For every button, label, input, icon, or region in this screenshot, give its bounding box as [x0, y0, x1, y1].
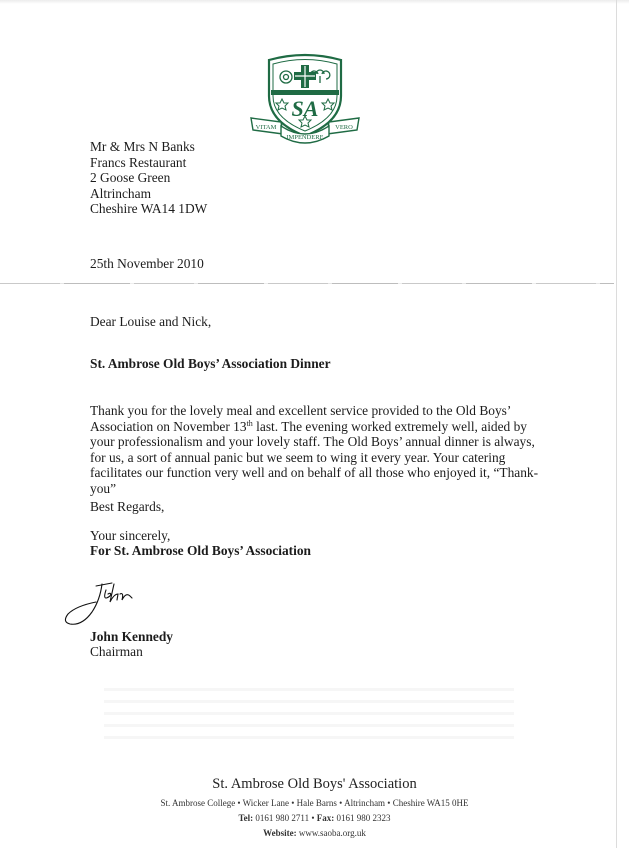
body-line: for us, a sort of annual panic but we se…	[90, 450, 520, 466]
closing-organization: For St. Ambrose Old Boys’ Association	[90, 543, 311, 559]
recipient-line: Francs Restaurant	[90, 155, 207, 171]
fax-number: 0161 980 2323	[337, 813, 391, 823]
scan-top-shadow	[0, 0, 629, 4]
school-crest-icon: SA VITAM VERO IMPENDERE	[249, 52, 361, 146]
body-text: Association on November 13	[90, 419, 247, 434]
show-through-text	[104, 682, 514, 742]
footer-website: Website: www.saoba.org.uk	[0, 828, 629, 838]
recipient-line: Mr & Mrs N Banks	[90, 139, 207, 155]
fax-label: Fax:	[317, 813, 335, 823]
letter-date: 25th November 2010	[90, 256, 204, 272]
svg-text:VITAM: VITAM	[256, 124, 277, 131]
recipient-line: Altrincham	[90, 186, 207, 202]
body-line: Association on November 13th last. The e…	[90, 419, 520, 435]
svg-text:SA: SA	[292, 96, 319, 121]
website-label: Website:	[263, 828, 297, 838]
body-line: facilitates our function very well and o…	[90, 465, 520, 481]
letter-subject: St. Ambrose Old Boys’ Association Dinner	[90, 356, 331, 372]
website-url: www.saoba.org.uk	[299, 828, 366, 838]
footer-title: St. Ambrose Old Boys' Association	[0, 776, 629, 793]
signature	[62, 580, 152, 630]
body-line: your professionalism and your lovely sta…	[90, 434, 520, 450]
tel-number: 0161 980 2711	[255, 813, 309, 823]
svg-text:VERO: VERO	[335, 124, 353, 131]
tel-label: Tel:	[239, 813, 254, 823]
separator: •	[309, 813, 317, 823]
body-text: last. The evening worked extremely well,…	[253, 419, 527, 434]
closing: Your sincerely,	[90, 528, 170, 544]
recipient-line: Cheshire WA14 1DW	[90, 201, 207, 217]
page-edge	[616, 0, 617, 848]
fold-line	[0, 283, 614, 284]
regards: Best Regards,	[90, 499, 164, 515]
recipient-line: 2 Goose Green	[90, 170, 207, 186]
footer-address: St. Ambrose College • Wicker Lane • Hale…	[0, 798, 629, 808]
signer-name: John Kennedy	[90, 629, 173, 645]
salutation: Dear Louise and Nick,	[90, 314, 211, 330]
recipient-address: Mr & Mrs N Banks Francs Restaurant 2 Goo…	[90, 139, 207, 217]
letter-body: Thank you for the lovely meal and excell…	[90, 403, 520, 496]
svg-text:IMPENDERE: IMPENDERE	[286, 134, 323, 141]
body-line: Thank you for the lovely meal and excell…	[90, 403, 520, 419]
signer-title: Chairman	[90, 644, 143, 660]
body-line: you”	[90, 481, 520, 497]
footer-contact: Tel: 0161 980 2711 • Fax: 0161 980 2323	[0, 813, 629, 823]
